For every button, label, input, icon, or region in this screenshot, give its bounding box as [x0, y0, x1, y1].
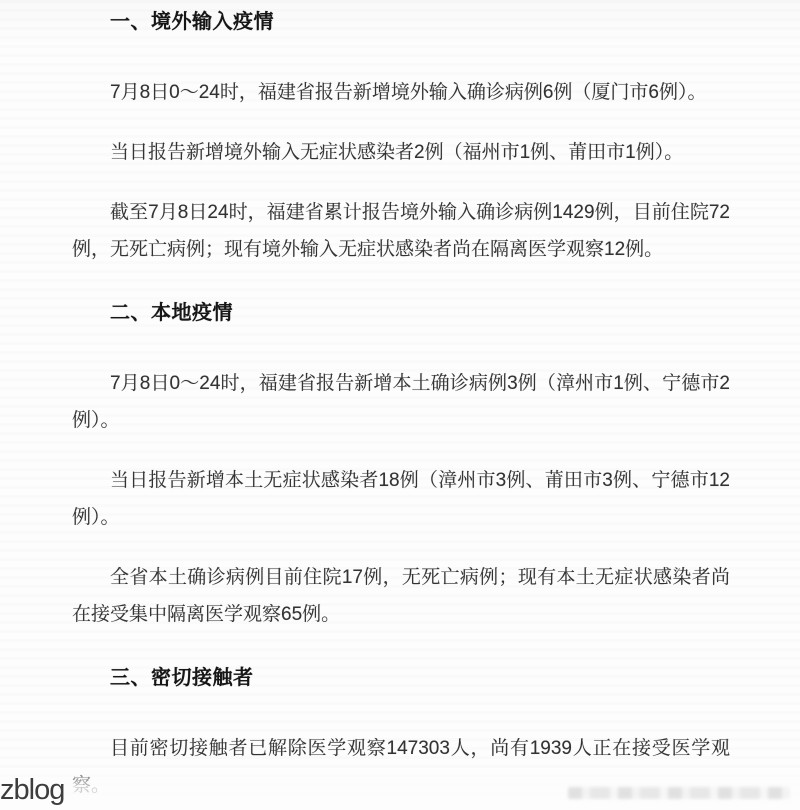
section-heading-local-cases: 二、本地疫情 — [72, 295, 730, 332]
paragraph-local-hospitalized: 全省本土确诊病例目前住院17例，无死亡病例；现有本土无症状感染者尚在接受集中隔离… — [72, 559, 730, 633]
section-heading-close-contacts: 三、密切接触者 — [72, 660, 730, 697]
paragraph-local-new-asymptomatic: 当日报告新增本土无症状感染者18例（漳州市3例、莆田市3例、宁德市12例）。 — [72, 462, 730, 536]
paragraph-imported-new-confirmed: 7月8日0～24时，福建省报告新增境外输入确诊病例6例（厦门市6例）。 — [72, 74, 730, 111]
paragraph-imported-cumulative: 截至7月8日24时，福建省累计报告境外输入确诊病例1429例，目前住院72例，无… — [72, 194, 730, 268]
paragraph-local-new-confirmed: 7月8日0～24时，福建省报告新增本土确诊病例3例（漳州市1例、宁德市2例）。 — [72, 365, 730, 439]
zblog-watermark: zblog — [0, 773, 64, 807]
faded-watermark-strip — [568, 787, 790, 799]
section-heading-imported-cases: 一、境外输入疫情 — [72, 4, 730, 41]
article-body: 一、境外输入疫情 7月8日0～24时，福建省报告新增境外输入确诊病例6例（厦门市… — [0, 0, 800, 810]
paragraph-imported-new-asymptomatic: 当日报告新增境外输入无症状感染者2例（福州市1例、莆田市1例）。 — [72, 134, 730, 171]
